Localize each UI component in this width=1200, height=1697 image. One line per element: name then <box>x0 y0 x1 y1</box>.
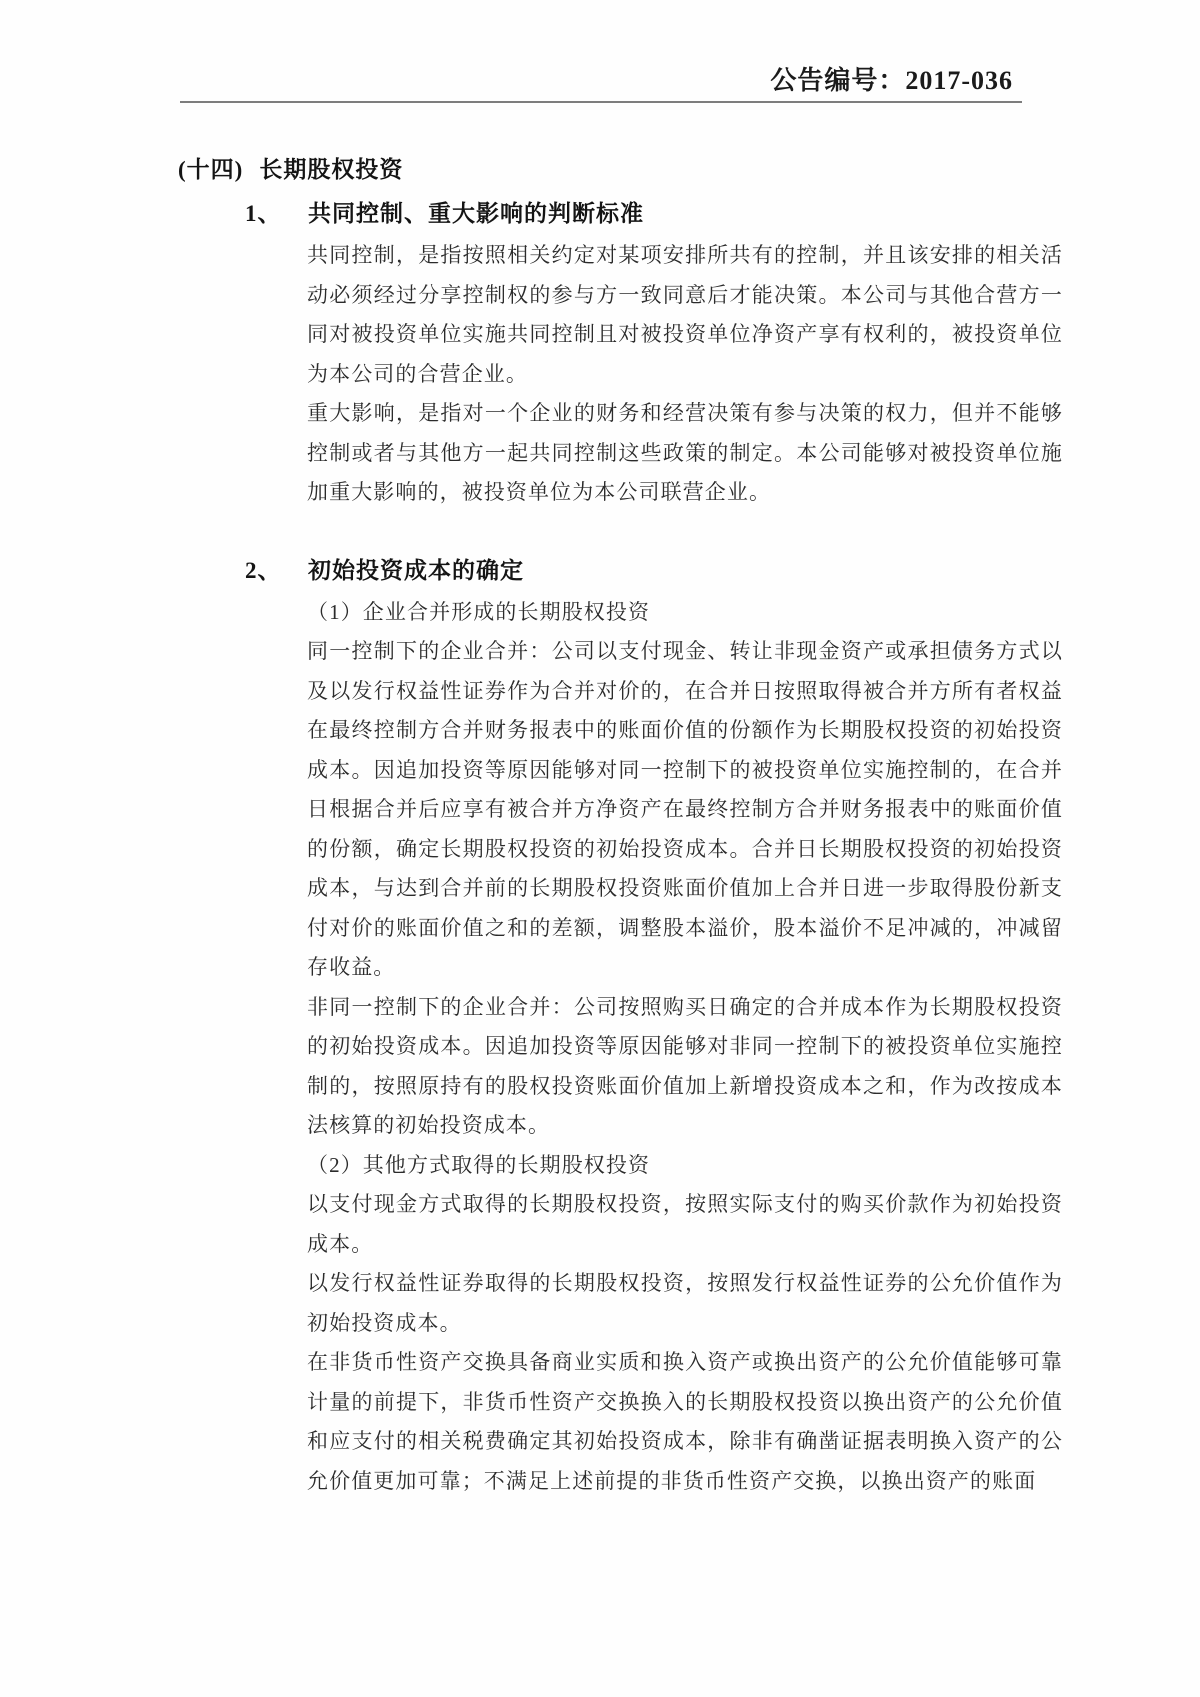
subsection-number: 1、 <box>245 192 308 236</box>
paragraph: 在非货币性资产交换具备商业实质和换入资产或换出资产的公允价值能够可靠计量的前提下… <box>307 1343 1063 1501</box>
section-number: (十四) <box>178 157 243 182</box>
document-body: (十四)长期股权投资 1、共同控制、重大影响的判断标准 共同控制，是指按照相关约… <box>178 148 1064 1501</box>
section-heading: (十四)长期股权投资 <box>178 148 1064 192</box>
list-item-heading: （2）其他方式取得的长期股权投资 <box>307 1146 1063 1186</box>
document-header: 公告编号：2017-036 <box>770 60 1013 97</box>
paragraph: 共同控制，是指按照相关约定对某项安排所共有的控制，并且该安排的相关活动必须经过分… <box>307 236 1063 394</box>
header-divider-line <box>180 101 1022 103</box>
subsection-number: 2、 <box>245 549 308 593</box>
subsection-heading-2: 2、初始投资成本的确定 <box>178 549 1064 593</box>
subsection-title: 共同控制、重大影响的判断标准 <box>308 201 644 226</box>
paragraph: 同一控制下的企业合并：公司以支付现金、转让非现金资产或承担债务方式以及以发行权益… <box>307 632 1063 988</box>
paragraph: 以支付现金方式取得的长期股权投资，按照实际支付的购买价款作为初始投资成本。 <box>307 1185 1063 1264</box>
paragraph: 以发行权益性证券取得的长期股权投资，按照发行权益性证券的公允价值作为初始投资成本… <box>307 1264 1063 1343</box>
subsection-title: 初始投资成本的确定 <box>308 558 524 583</box>
paragraph: 非同一控制下的企业合并：公司按照购买日确定的合并成本作为长期股权投资的初始投资成… <box>307 988 1063 1146</box>
list-item-heading: （1）企业合并形成的长期股权投资 <box>307 593 1063 633</box>
document-page: 公告编号：2017-036 (十四)长期股权投资 1、共同控制、重大影响的判断标… <box>0 0 1200 1697</box>
subsection-heading-1: 1、共同控制、重大影响的判断标准 <box>178 192 1064 236</box>
paragraph: 重大影响，是指对一个企业的财务和经营决策有参与决策的权力，但并不能够控制或者与其… <box>307 394 1063 513</box>
announcement-number: 公告编号：2017-036 <box>770 66 1013 95</box>
section-title: 长期股权投资 <box>259 157 403 182</box>
